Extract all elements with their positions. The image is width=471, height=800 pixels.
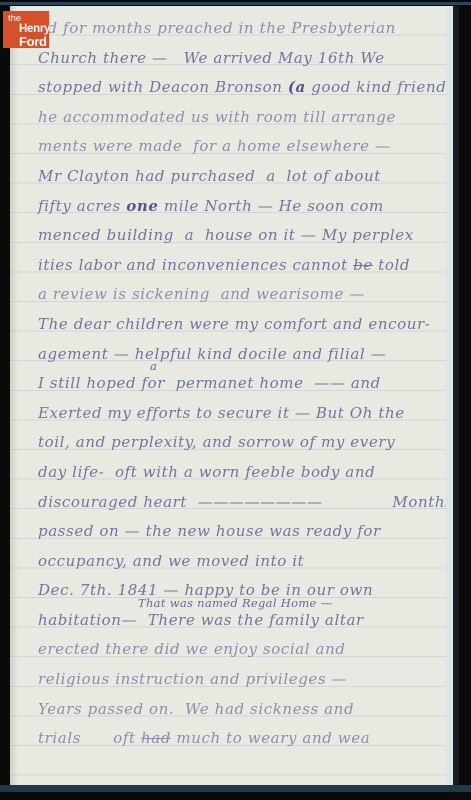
handwritten-text: one [126, 197, 158, 215]
manuscript-line: a review is sickening and wearisome — [38, 280, 442, 310]
handwritten-text: had [141, 729, 171, 747]
manuscript-line: Years passed on. We had sickness and [38, 695, 442, 725]
handwritten-text: agement — helpful kind docile and filial… [38, 345, 386, 363]
manuscript-line: agement — helpful kind docile and filial… [38, 340, 442, 370]
interline-insertion: That was named Regal Home — [138, 597, 332, 609]
handwritten-text: ments were made for a home elsewhere — [38, 137, 391, 155]
handwritten-text [323, 493, 393, 511]
manuscript-line: ities labor and inconveniences cannot be… [38, 251, 442, 281]
handwritten-text: much to weary and wea [171, 729, 370, 747]
handwritten-text: a review is sickening and wearisome — [38, 285, 365, 303]
handwritten-text: religious instruction and privileges — [38, 670, 347, 688]
handwritten-text: I still hoped for permanet home —— and [38, 374, 381, 392]
manuscript-line: Mr Clayton had purchased a lot of about [38, 162, 442, 192]
top-accent-line [0, 2, 471, 5]
manuscript-page: ed for months preached in the Presbyteri… [10, 6, 446, 785]
bottom-accent-line [0, 785, 471, 792]
handwritten-text: erected there did we enjoy social and [38, 640, 346, 658]
handwritten-text: discouraged heart ———————— [38, 493, 323, 511]
manuscript-line: stopped with Deacon Bronson (a good kind… [38, 73, 442, 103]
handwritten-text: Exerted my efforts to secure it — But Oh… [38, 404, 405, 422]
handwritten-text: fifty acres [38, 197, 126, 215]
manuscript-line: occupancy, and we moved into it [38, 547, 442, 577]
handwritten-text: The dear children were my comfort and en… [38, 315, 430, 333]
handwritten-text: Months [392, 493, 446, 511]
page-edge-shadow [453, 6, 459, 785]
logo-ford: Ford [19, 35, 49, 48]
manuscript-line: That was named Regal Home —habitation— T… [38, 606, 442, 636]
handwritten-text: day life- oft with a worn feeble body an… [38, 463, 375, 481]
manuscript-line: day life- oft with a worn feeble body an… [38, 458, 442, 488]
handwritten-text: he accommodated us with room till arrang… [38, 108, 396, 126]
manuscript-line: passed on — the new house was ready for [38, 517, 442, 547]
manuscript-line: aI still hoped for permanet home —— and [38, 369, 442, 399]
handwritten-text: Mr Clayton had purchased a lot of about [38, 167, 381, 185]
manuscript-line: ed for months preached in the Presbyteri… [38, 14, 442, 44]
scanned-document-view: ed for months preached in the Presbyteri… [0, 0, 471, 800]
manuscript-line: Exerted my efforts to secure it — But Oh… [38, 399, 442, 429]
handwritten-text: Church there — We arrived May 16th We [38, 49, 385, 67]
manuscript-line: Church there — We arrived May 16th We [38, 44, 442, 74]
manuscript-line: erected there did we enjoy social and [38, 635, 442, 665]
manuscript-line: The dear children were my comfort and en… [38, 310, 442, 340]
handwritten-text: trials oft [38, 729, 141, 747]
interline-insertion: a [150, 360, 157, 372]
manuscript-line: he accommodated us with room till arrang… [38, 103, 442, 133]
handwritten-text: Years passed on. We had sickness and [38, 700, 354, 718]
handwritten-text: mile North — He soon com [159, 197, 384, 215]
handwritten-text: toil, and perplexity, and sorrow of my e… [38, 433, 395, 451]
handwritten-text: told [373, 256, 410, 274]
manuscript-lines: ed for months preached in the Presbyteri… [38, 14, 442, 754]
manuscript-line: religious instruction and privileges — [38, 665, 442, 695]
handwritten-text: habitation— There was the family altar [38, 611, 364, 629]
handwritten-text: good kind friend) [306, 78, 446, 96]
handwritten-text: passed on — the new house was ready for [38, 522, 381, 540]
manuscript-line: fifty acres one mile North — He soon com [38, 192, 442, 222]
handwritten-text: ities labor and inconveniences cannot [38, 256, 353, 274]
handwritten-text: stopped with Deacon Bronson [38, 78, 288, 96]
handwritten-text: ed for months preached in the Presbyteri… [38, 19, 396, 37]
manuscript-line: ments were made for a home elsewhere — [38, 132, 442, 162]
handwritten-text: occupancy, and we moved into it [38, 552, 304, 570]
henry-ford-logo: the Henry Ford [3, 11, 49, 48]
page-edge [446, 6, 453, 785]
manuscript-line: trials oft had much to weary and wea [38, 724, 442, 754]
handwritten-text: menced building a house on it — My perpl… [38, 226, 414, 244]
handwritten-text: (a [288, 78, 306, 96]
manuscript-line: toil, and perplexity, and sorrow of my e… [38, 428, 442, 458]
manuscript-line: discouraged heart ———————— Months✖ [38, 488, 442, 518]
handwritten-text: be [353, 256, 373, 274]
manuscript-line: menced building a house on it — My perpl… [38, 221, 442, 251]
